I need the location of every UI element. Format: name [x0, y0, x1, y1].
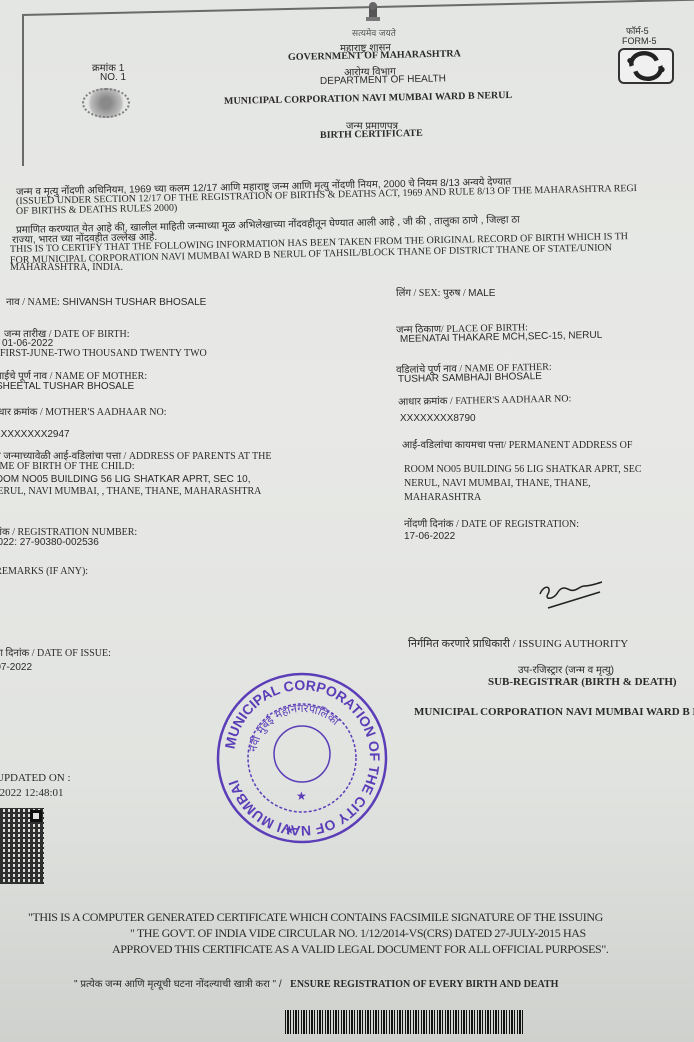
father-aadhaar-value: XXXXXXXX8790 [400, 413, 476, 424]
sex-label: लिंग / SEX: पुरुष / [396, 288, 466, 299]
issue-date-label: प्रमाणपत्र दिल्याचा दिनांक / DATE OF ISS… [0, 645, 111, 659]
reg-no-label: नोंदणी क्रमांक / REGISTRATION NUMBER: [0, 524, 137, 538]
address-birth-line1: ROOM NO05 BUILDING 56 LIG SHATKAR APRT, … [0, 474, 251, 485]
stamp-outer-text: MUNICIPAL CORPORATION OF THE CITY OF NAV… [222, 677, 383, 839]
mother-aadhaar-value: XXXXXXXX2947 [0, 429, 70, 440]
reg-date-value: 17-06-2022 [404, 531, 455, 542]
remarks-label: शेरा / REMARKS (IF ANY): [0, 563, 88, 577]
qr-finder-icon [30, 810, 42, 822]
document-title: BIRTH CERTIFICATE [320, 128, 423, 141]
slogan-english: ENSURE REGISTRATION OF EVERY BIRTH AND D… [290, 979, 558, 990]
mother-value: SHEETAL TUSHAR BHOSALE [0, 381, 134, 392]
reg-date-label: नोंदणी दिनांक / DATE OF REGISTRATION: [404, 516, 579, 530]
address-birth-label2: TIME OF BIRTH OF THE CHILD: [0, 461, 135, 472]
border-left [22, 16, 24, 166]
name-value: SHIVANSH TUSHAR BHOSALE [62, 297, 206, 308]
name-label: नाव / NAME: [6, 297, 60, 308]
subregistrar-marathi: उप-रजिस्ट्रार (जन्म व मृत्यु) [518, 662, 614, 676]
name-field: नाव / NAME: SHIVANSH TUSHAR BHOSALE [6, 294, 206, 308]
svg-text:★: ★ [296, 789, 307, 803]
address-perm-line3: MAHARASHTRA [404, 492, 481, 503]
address-birth-line2: NERUL, NAVI MUMBAI, , THANE, THANE, MAHA… [0, 486, 261, 497]
crs-logo-icon [618, 48, 674, 84]
govt-title: GOVERNMENT OF MAHARASHTRA [288, 48, 461, 63]
svg-text:MUNICIPAL CORPORATION OF THE C: MUNICIPAL CORPORATION OF THE CITY OF NAV… [222, 677, 383, 839]
footer-notice-line2: " THE GOVT. OF INDIA VIDE CIRCULAR NO. 1… [130, 926, 586, 941]
dob-words: FIRST-JUNE-TWO THOUSAND TWENTY TWO [0, 348, 207, 359]
footer-notice-line3: APPROVED THIS CERTIFICATE AS A VALID LEG… [112, 942, 608, 957]
subregistrar-title: SUB-REGISTRAR (BIRTH & DEATH) [488, 676, 677, 688]
dept-title: DEPARTMENT OF HEALTH [320, 73, 446, 87]
footer-slogan: " प्रत्येक जन्म आणि मृत्यूची घटना नोंदल्… [74, 976, 558, 990]
emblem-caption: सत्यमेव जयते [352, 26, 396, 39]
birth-certificate: सत्यमेव जयते क्रमांक 1 NO. 1 महाराष्ट्र … [0, 0, 694, 1042]
mother-aadhaar-label: आधार क्रमांक / MOTHER'S AADHAAR NO: [0, 404, 167, 418]
corporation-title: MUNICIPAL CORPORATION NAVI MUMBAI WARD B… [224, 90, 512, 107]
svg-text:★: ★ [284, 823, 295, 837]
father-value: TUSHAR SAMBHAJI BHOSALE [398, 371, 542, 385]
issue-date-value: -07-2022 [0, 662, 32, 673]
serial-label: NO. 1 [100, 72, 126, 83]
address-perm-label: आई-वडिलांचा कायमचा पत्ता/ PERMANENT ADDR… [402, 437, 632, 451]
preamble-issued-line2: OF BIRTHS & DEATHS RULES 2000) [16, 203, 178, 217]
signature-icon [530, 578, 610, 614]
slogan-marathi: " प्रत्येक जन्म आणि मृत्यूची घटना नोंदल्… [74, 979, 282, 990]
barcode-icon [285, 1010, 525, 1034]
address-birth-label1: बाळाच्या जन्माच्यावेळी आई-वडिलांचा पत्ता… [0, 448, 271, 462]
authority-corporation: MUNICIPAL CORPORATION NAVI MUMBAI WARD B… [414, 706, 694, 718]
mother-label: आईचे पूर्ण नाव / NAME OF MOTHER: [0, 368, 147, 382]
corporation-stamp-icon: MUNICIPAL CORPORATION OF THE CITY OF NAV… [214, 670, 390, 846]
state-seal-icon [82, 88, 130, 118]
preamble-certify-line3: MAHARASHTRA, INDIA. [10, 262, 123, 273]
address-perm-line1: ROOM NO05 BUILDING 56 LIG SHATKAR APRT, … [404, 464, 642, 475]
generated-label: UPDATED ON : [0, 772, 71, 784]
authority-label: निर्गमित करणारे प्राधिकारी / ISSUING AUT… [408, 636, 628, 651]
footer-notice-line1: "THIS IS A COMPUTER GENERATED CERTIFICAT… [28, 910, 603, 925]
father-aadhaar-label: आधार क्रमांक / FATHER'S AADHAAR NO: [398, 390, 572, 408]
generated-value: -2022 12:48:01 [0, 787, 64, 799]
sex-field: लिंग / SEX: पुरुष / MALE [396, 285, 495, 299]
sex-value: MALE [468, 288, 495, 299]
reg-no-value: 2022: 27-90380-002536 [0, 537, 99, 548]
national-emblem-icon [358, 2, 388, 28]
form-label: FORM-5 [622, 36, 657, 46]
address-perm-line2: NERUL, NAVI MUMBAI, THANE, THANE, [404, 478, 591, 489]
